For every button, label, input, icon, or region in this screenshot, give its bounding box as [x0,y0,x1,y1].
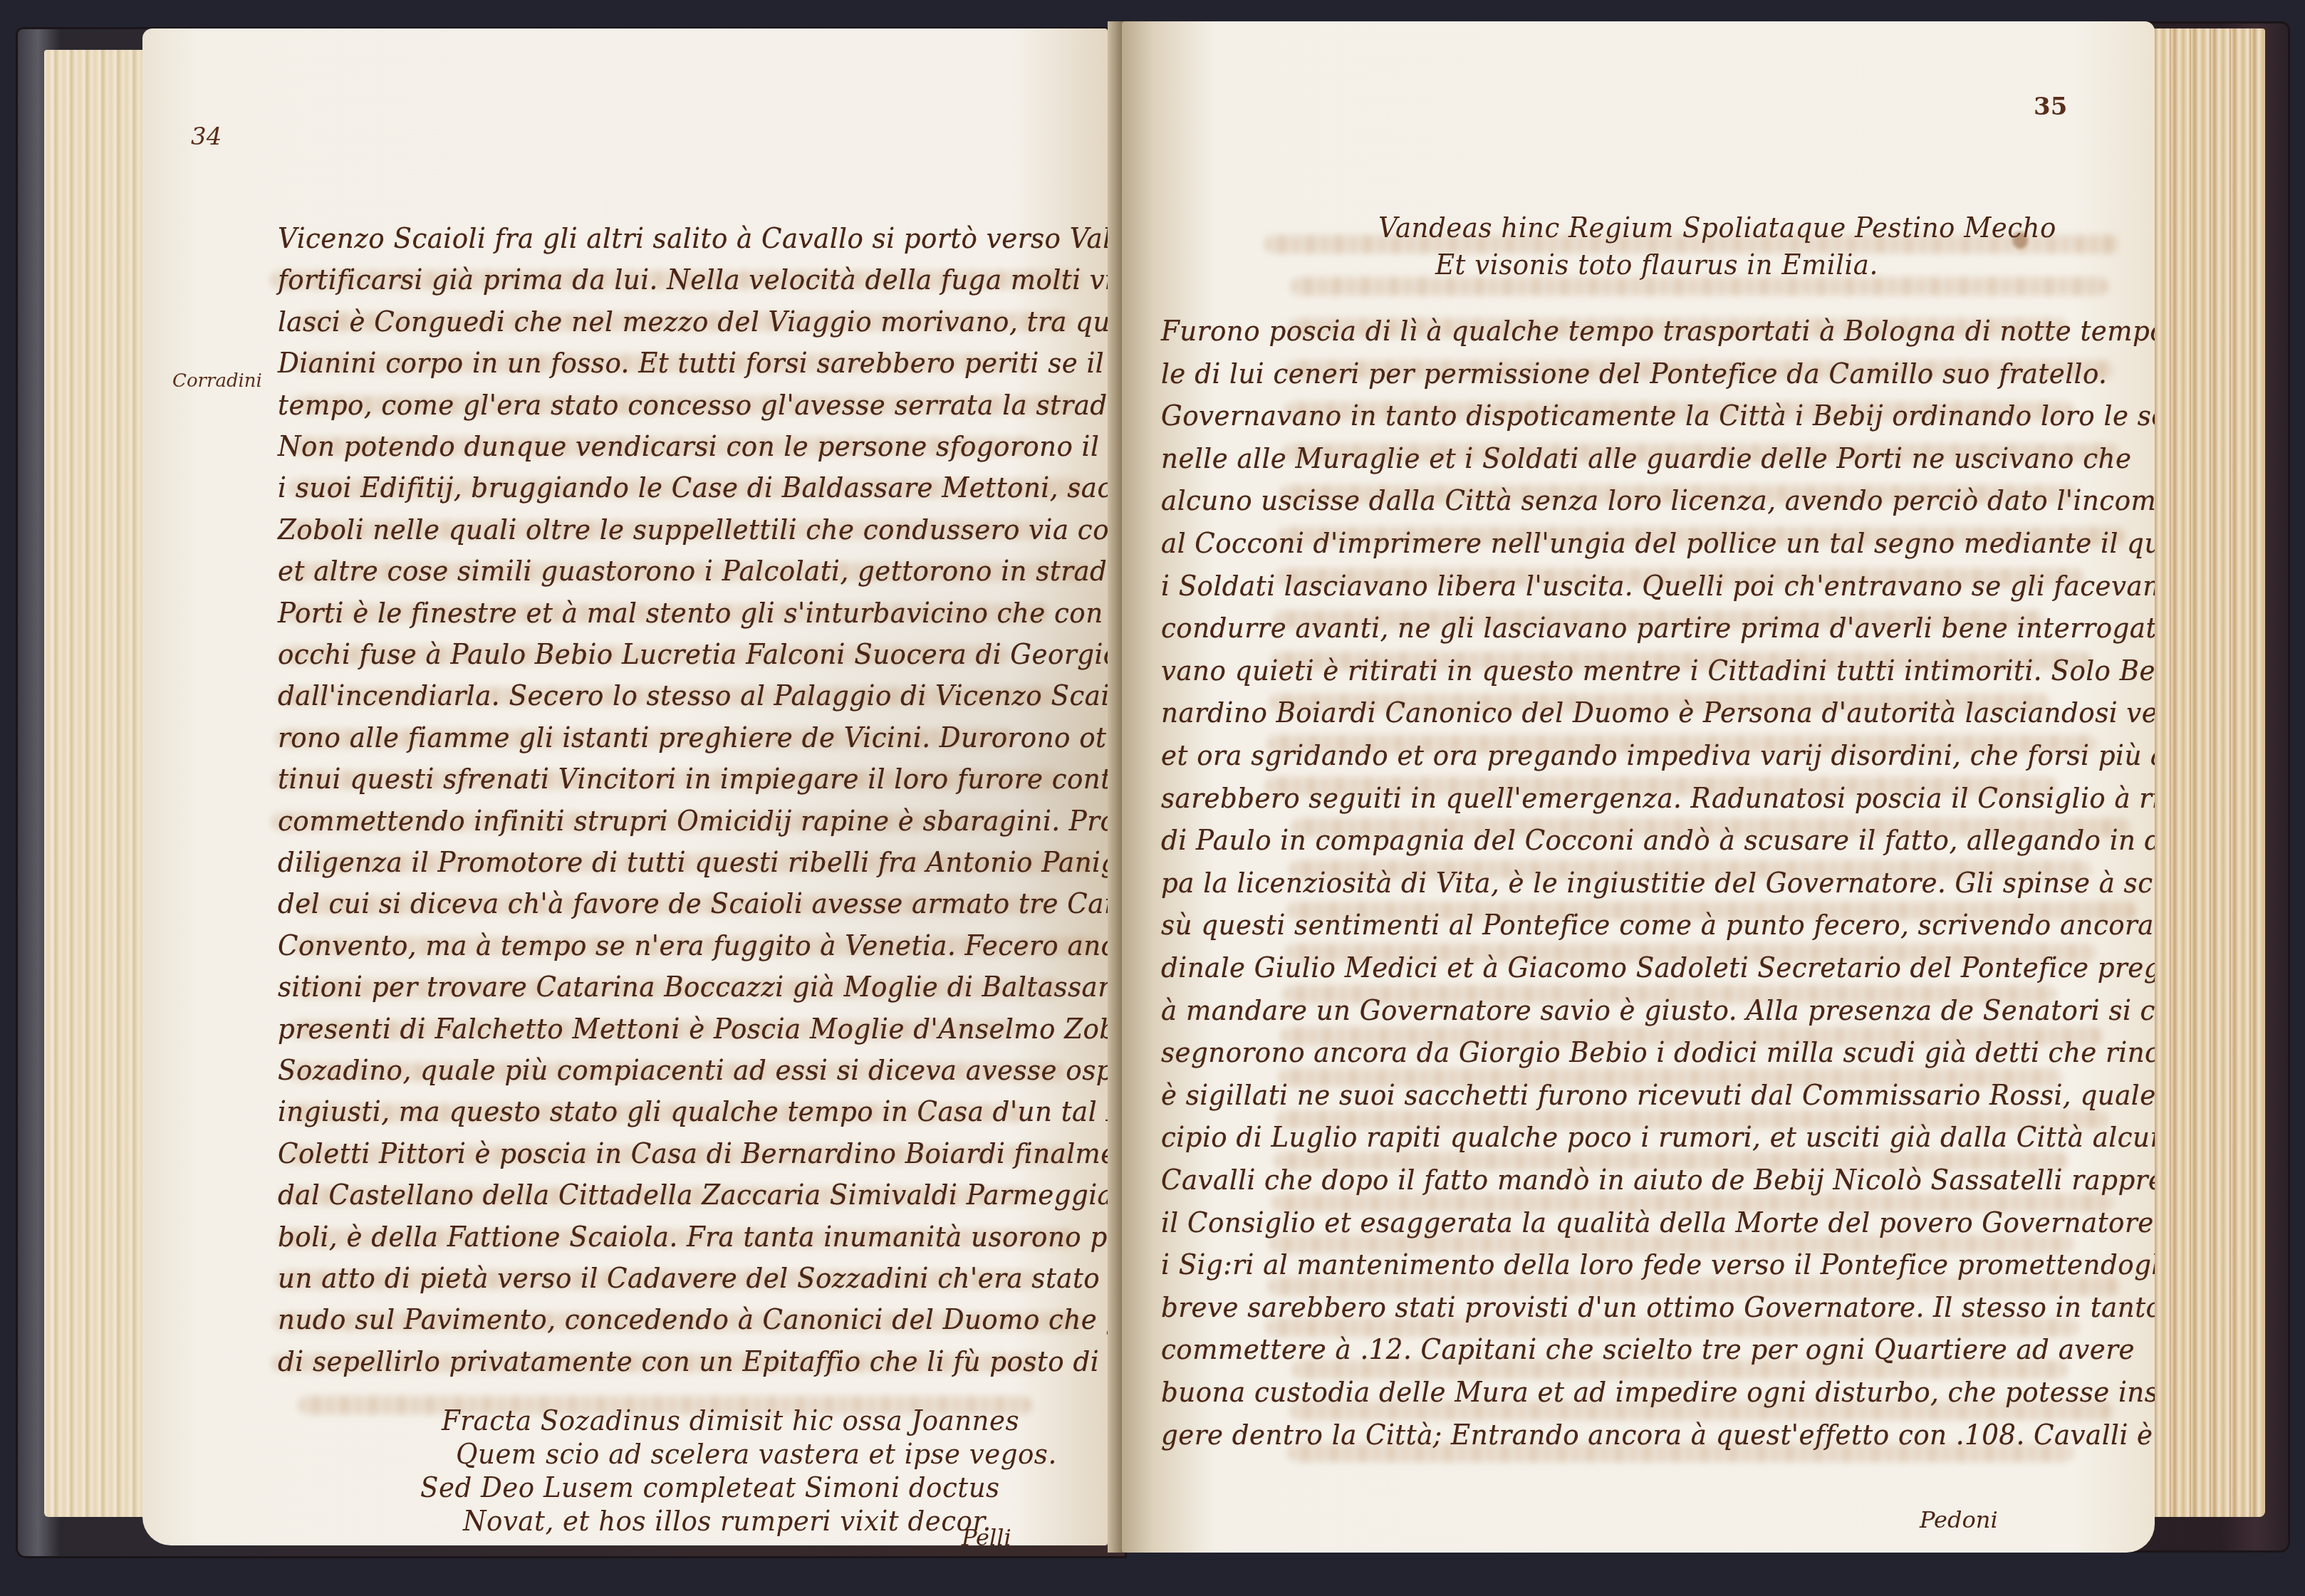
manuscript-line: Cavalli che dopo il fatto mandò in aiuto… [1161,1166,2155,1194]
manuscript-line: segnorono ancora da Giorgio Bebio i dodi… [1161,1038,2155,1067]
manuscript-photo: 34 Corradini Vicenzo Scaioli fra gli alt… [0,0,2305,1596]
epitaph-line: Fracta Sozadinus dimisit hic ossa Joanne… [442,1407,1019,1435]
manuscript-line: nardino Boiardi Canonico del Duomo è Per… [1161,699,2155,727]
manuscript-line: vano quieti è ritirati in questo mentre … [1161,657,2155,685]
left-page-stack-edge [44,50,158,1517]
manuscript-line: commettere à .12. Capitani che scielto t… [1161,1335,2135,1364]
manuscript-line: à mandare un Governatore savio è giusto.… [1161,996,2155,1025]
manuscript-line: le di lui ceneri per permissione del Pon… [1161,360,2107,388]
epitaph-line: Novat, et hos illos rumperi vixit decor. [463,1507,992,1535]
manuscript-line: di Paulo in compagnia del Cocconi andò à… [1161,826,2155,855]
manuscript-line: sù questi sentimenti al Pontefice come à… [1161,911,2155,939]
left-page: 34 Corradini Vicenzo Scaioli fra gli alt… [142,28,1108,1545]
manuscript-line: Furono poscia di lì à qualche tempo tras… [1161,317,2155,345]
right-page-stack-edge [2151,28,2265,1517]
epitaph-line: Sed Deo Lusem completeat Simoni doctus [420,1474,1000,1502]
manuscript-line: i Soldati lasciavano libera l'uscita. Qu… [1161,572,2155,600]
manuscript-line: al Cocconi d'imprimere nell'ungia del po… [1161,529,2155,558]
manuscript-line: i Sig:ri al mantenimento della loro fede… [1161,1251,2155,1279]
manuscript-line: condurre avanti, ne gli lasciavano parti… [1161,614,2155,642]
epitaph-verse: Fracta Sozadinus dimisit hic ossa Joanne… [142,28,1108,1545]
manuscript-line: il Consiglio et esaggerata la qualità de… [1161,1209,2155,1237]
right-page: 35 Vandeas hinc Regium Spoliataque Pesti… [1122,21,2155,1553]
right-page-body-text: Furono poscia di lì à qualche tempo tras… [1122,21,2155,1553]
catchword-right: Pedoni [1920,1506,1998,1533]
epitaph-line: Quem scio ad scelera vastera et ipse veg… [456,1440,1057,1469]
manuscript-line: gere dentro la Città; Entrando ancora à … [1161,1421,2155,1449]
manuscript-line: cipio di Luglio rapiti qualche poco i ru… [1161,1123,2155,1152]
manuscript-line: è sigillati ne suoi sacchetti furono ric… [1161,1081,2155,1110]
manuscript-line: alcuno uscisse dalla Città senza loro li… [1161,486,2155,515]
manuscript-line: nelle alle Muraglie et i Soldati alle gu… [1161,444,2131,473]
manuscript-line: pa la licenziosità di Vita, è le ingiust… [1161,869,2155,897]
manuscript-line: Governavano in tanto dispoticamente la C… [1161,402,2155,430]
manuscript-line: sarebbero seguiti in quell'emergenza. Ra… [1161,784,2155,813]
catchword-left: Pelli [962,1524,1011,1545]
manuscript-line: et ora sgridando et ora pregando impediv… [1161,741,2155,770]
manuscript-line: buona custodia delle Mura et ad impedire… [1161,1378,2155,1407]
manuscript-line: dinale Giulio Medici et à Giacomo Sadole… [1161,954,2155,982]
manuscript-line: breve sarebbero stati provisti d'un otti… [1161,1293,2155,1322]
